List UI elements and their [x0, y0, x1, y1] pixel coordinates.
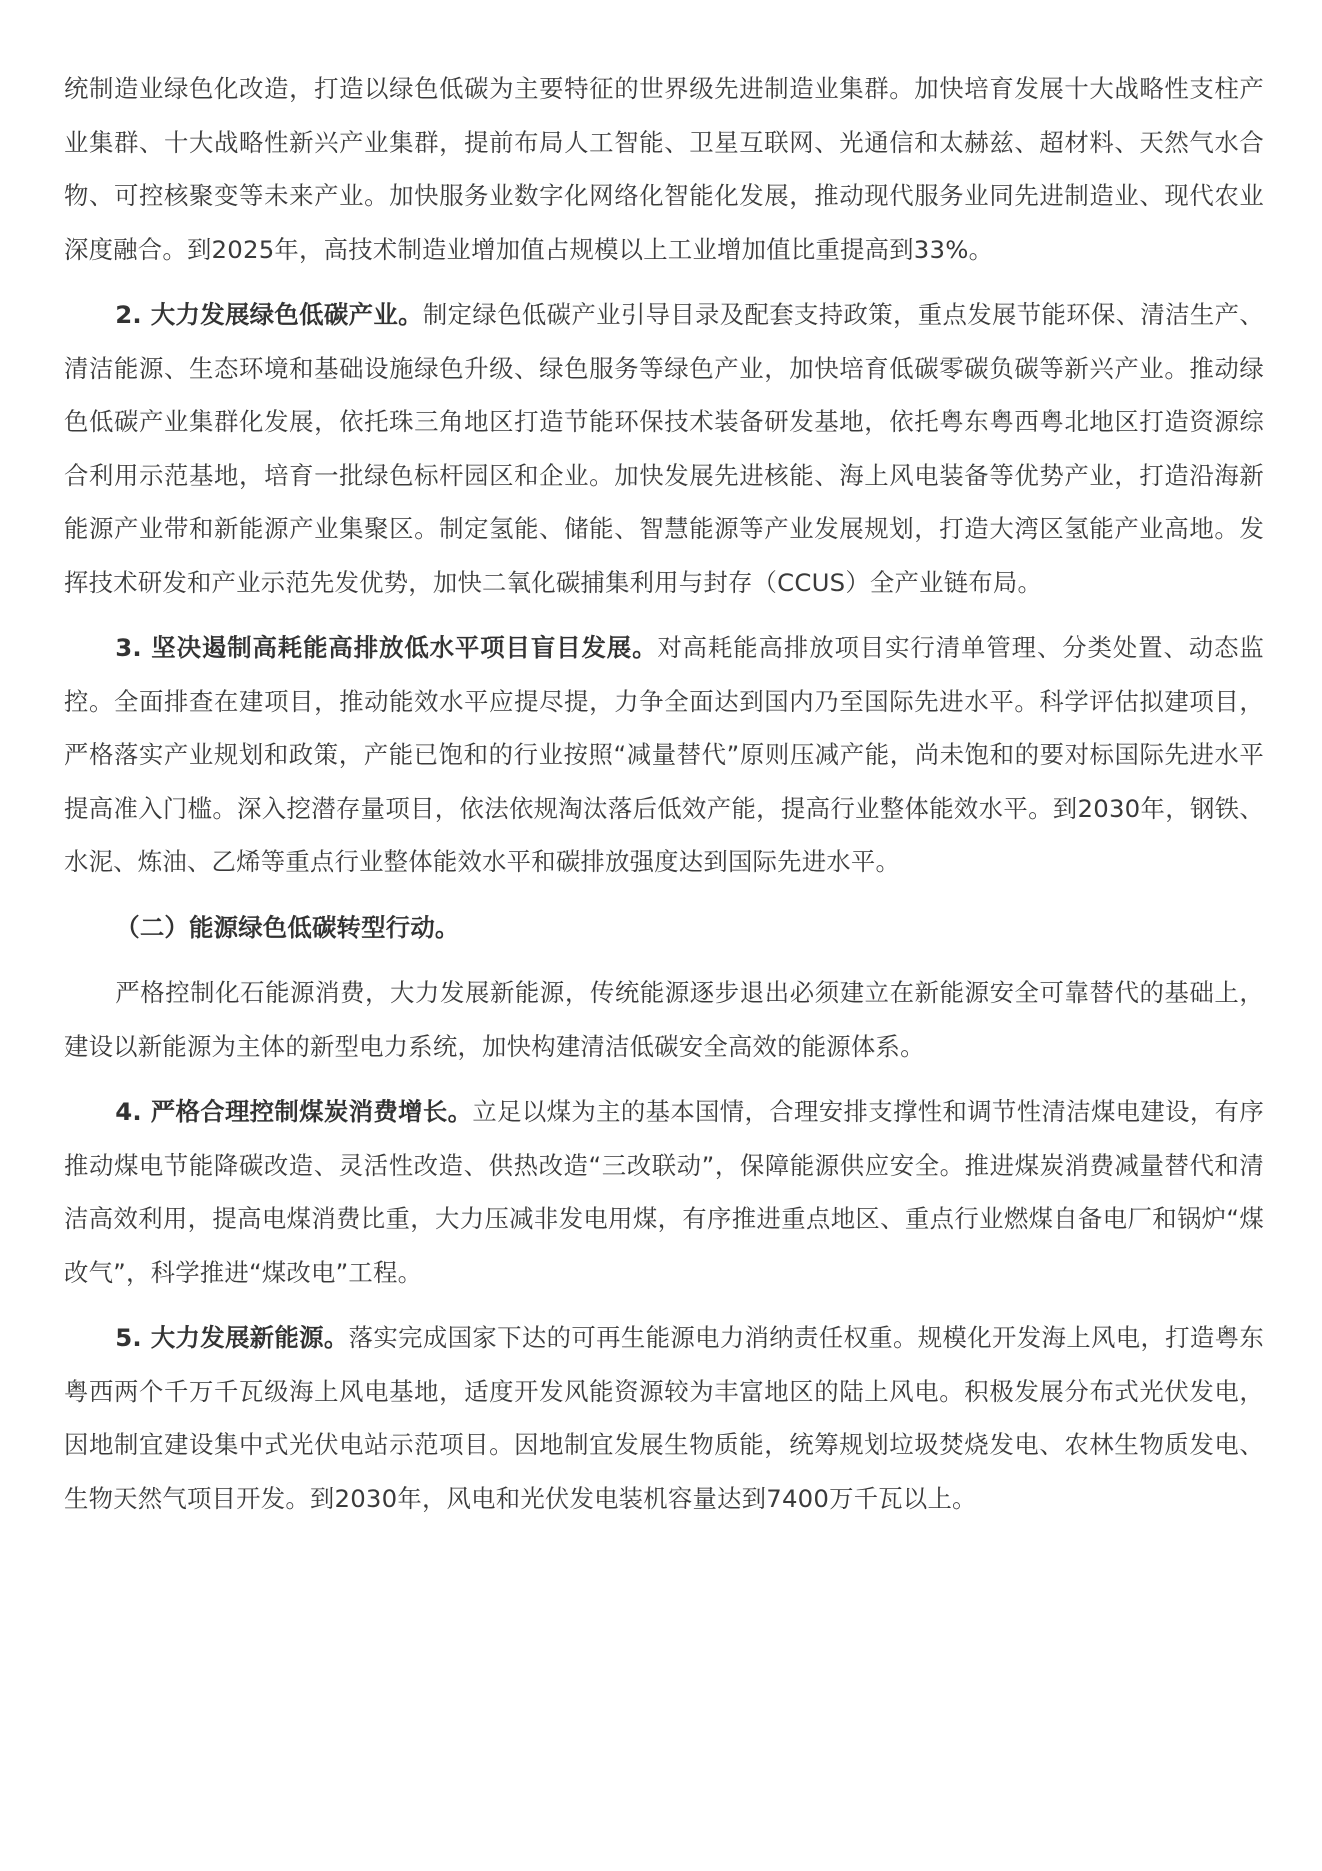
paragraph-body: 对高耗能高排放项目实行清单管理、分类处置、动态监控。全面排查在建项目，推动能效水…	[64, 633, 1264, 876]
paragraph-section-intro: 严格控制化石能源消费，大力发展新能源，传统能源逐步退出必须建立在新能源安全可靠替…	[64, 966, 1264, 1073]
paragraph-item-4: 4. 严格合理控制煤炭消费增长。立足以煤为主的基本国情，合理安排支撑性和调节性清…	[64, 1085, 1264, 1299]
paragraph-body: 统制造业绿色化改造，打造以绿色低碳为主要特征的世界级先进制造业集群。加快培育发展…	[64, 74, 1264, 264]
document-page: 统制造业绿色化改造，打造以绿色低碳为主要特征的世界级先进制造业集群。加快培育发展…	[64, 62, 1264, 1537]
paragraph-item-3: 3. 坚决遏制高耗能高排放低水平项目盲目发展。对高耗能高排放项目实行清单管理、分…	[64, 621, 1264, 889]
paragraph-continued: 统制造业绿色化改造，打造以绿色低碳为主要特征的世界级先进制造业集群。加快培育发展…	[64, 62, 1264, 276]
section-heading: （二）能源绿色低碳转型行动。	[64, 901, 1264, 955]
paragraph-lead-heading: 4. 严格合理控制煤炭消费增长。	[115, 1097, 472, 1126]
paragraph-lead-heading: 2. 大力发展绿色低碳产业。	[115, 300, 423, 329]
paragraph-item-5: 5. 大力发展新能源。落实完成国家下达的可再生能源电力消纳责任权重。规模化开发海…	[64, 1311, 1264, 1525]
paragraph-body: 制定绿色低碳产业引导目录及配套支持政策，重点发展节能环保、清洁生产、清洁能源、生…	[64, 300, 1264, 597]
paragraph-body: 严格控制化石能源消费，大力发展新能源，传统能源逐步退出必须建立在新能源安全可靠替…	[64, 978, 1264, 1061]
paragraph-lead-heading: 3. 坚决遏制高耗能高排放低水平项目盲目发展。	[115, 633, 657, 662]
paragraph-lead-heading: 5. 大力发展新能源。	[115, 1323, 348, 1352]
paragraph-item-2: 2. 大力发展绿色低碳产业。制定绿色低碳产业引导目录及配套支持政策，重点发展节能…	[64, 288, 1264, 609]
